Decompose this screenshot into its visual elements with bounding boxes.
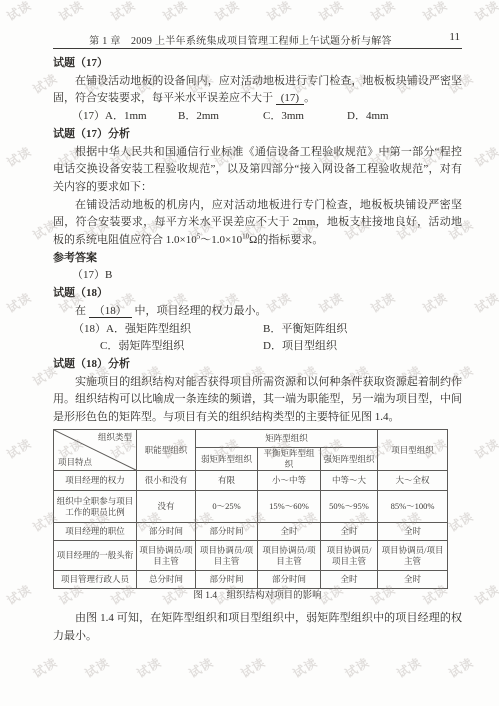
scanned-document-page: 试读试读试读试读试读试读试读试读试读试读试读试读试读试读试读试读试读试读试读试读… (0, 0, 499, 706)
watermark: 试读 (341, 653, 372, 681)
watermark: 试读 (3, 434, 34, 462)
table-cell: 15%～60% (258, 491, 321, 523)
table-cell: 很小和没有 (137, 471, 196, 491)
watermark: 试读 (445, 653, 476, 681)
q17-option-b: B．2mm (178, 108, 219, 126)
table-cell: 全时 (321, 571, 378, 589)
table-row: 项目管理行政人员 总分时间 部分时间 部分时间 全时 全时 (54, 571, 448, 589)
table-row: 项目经理的权力 很小和没有 有限 小～中等 中等～大 大～全权 (54, 471, 448, 491)
table-cell: 部分时间 (258, 571, 321, 589)
option-key: D． (347, 110, 366, 122)
watermark: 试读 (263, 0, 294, 25)
col-header-functional: 职能型组织 (137, 430, 196, 471)
q17-analysis-p2-tail: Ω的指标要求。 (249, 234, 323, 246)
q17-options: （17）A．1mm B．2mm C．3mm D．4mm (53, 108, 462, 126)
page-number: 11 (449, 31, 460, 43)
q17-stem: 在铺设活动地板的设备间内，应对活动地板进行专门检查，地板板块铺设严密坚固，符合安… (53, 73, 462, 108)
table-cell: 部分时间 (137, 523, 196, 541)
watermark: 试读 (107, 0, 138, 25)
option-key: D． (263, 340, 282, 352)
q17-heading: 试题（17） (53, 55, 462, 73)
table-corner-cell: 组织类型 项目特点 (54, 430, 137, 471)
watermark: 试读 (315, 0, 346, 25)
option-text: 1mm (124, 110, 147, 122)
q17-option-a: （17）A．1mm (72, 108, 147, 126)
q17-blank: (17) (276, 92, 304, 105)
table-cell: 项目协调员/项目主管 (137, 541, 196, 571)
q18-heading: 试题（18） (53, 285, 462, 303)
table-cell: 部分时间 (196, 571, 258, 589)
q17-answer-line: （17）B (53, 267, 462, 285)
table-row: 组织中全职参与项目工作的职员比例 没有 0～25% 15%～60% 50%～95… (54, 491, 448, 523)
option-key: B． (263, 323, 281, 335)
header-title: 第 1 章 2009 上半年系统集成项目管理工程师上午试题分析与解答 (53, 32, 428, 47)
table-cell: 部分时间 (196, 523, 258, 541)
figure-1-4: 组织类型 项目特点 职能型组织 矩阵型组织 项目型组织 弱矩阵型组织 平衡矩阵型… (53, 429, 448, 589)
row-label: 项目经理的权力 (54, 471, 137, 491)
option-text: 项目型组织 (282, 340, 337, 352)
figure-caption: 图 1.4 组织结构对项目的影响 (53, 587, 462, 601)
chapter-title: 2009 上半年系统集成项目管理工程师上午试题分析与解答 (131, 36, 392, 47)
watermark: 试读 (471, 288, 499, 316)
watermark: 试读 (367, 0, 398, 25)
answer-heading: 参考答案 (53, 250, 462, 268)
q17-options-label: （17） (72, 110, 105, 122)
table-cell: 项目协调员/项目主管 (258, 541, 321, 571)
table-cell: 全时 (378, 571, 448, 589)
q17-stem-end: 。 (304, 92, 315, 104)
watermark: 试读 (419, 0, 450, 25)
table-cell: 大～全权 (378, 471, 448, 491)
page-header: 第 1 章 2009 上半年系统集成项目管理工程师上午试题分析与解答 11 (53, 31, 462, 49)
watermark: 试读 (471, 142, 499, 170)
watermark: 试读 (29, 653, 60, 681)
watermark: 试读 (237, 653, 268, 681)
page-body: 试题（17） 在铺设活动地板的设备间内，应对活动地板进行专门检查，地板板块铺设严… (53, 55, 462, 427)
q18-conclusion-text: 由图 1.4 可知，在矩阵型组织和项目型组织中，弱矩阵型组织中的项目经理的权力最… (53, 610, 462, 645)
corner-org-type-label: 组织类型 (98, 432, 132, 443)
table-cell: 全时 (378, 523, 448, 541)
col-header-balanced-matrix: 平衡矩阵型组织 (258, 448, 321, 471)
watermark: 试读 (471, 0, 499, 25)
q17-analysis-p1: 根据中华人民共和国通信行业标准《通信设备工程验收规范》中第一部分“程控电话交换设… (53, 144, 462, 197)
watermark: 试读 (289, 653, 320, 681)
watermark: 试读 (159, 0, 190, 25)
q18-conclusion: 由图 1.4 可知，在矩阵型组织和项目型组织中，弱矩阵型组织中的项目经理的权力最… (53, 610, 462, 645)
q17-option-d: D．4mm (347, 108, 389, 126)
table-cell: 全时 (321, 523, 378, 541)
option-text: 平衡矩阵组织 (281, 323, 347, 335)
watermark: 试读 (185, 653, 216, 681)
row-label: 项目管理行政人员 (54, 571, 137, 589)
row-label: 项目经理的一般头衔 (54, 541, 137, 571)
row-label: 项目经理的职位 (54, 523, 137, 541)
q18-stem-end: 中，项目经理的权力最小。 (135, 305, 267, 317)
table-cell: 85%～100% (378, 491, 448, 523)
table-cell: 0～25% (196, 491, 258, 523)
q18-options-row2: C．弱矩阵型组织 D．项目型组织 (53, 338, 462, 356)
q17-analysis-p2: 在铺设活动地板的机房内，应对活动地板进行专门检查，地板板块铺设严密坚固，符合安装… (53, 197, 462, 250)
q18-option-c: C．弱矩阵型组织 (100, 338, 184, 356)
q18-options-row1: （18）A．强矩阵型组织 B．平衡矩阵组织 (53, 321, 462, 339)
col-header-matrix-group: 矩阵型组织 (196, 430, 378, 448)
q17-answer: （17）B (72, 267, 112, 285)
table-cell: 50%～95% (321, 491, 378, 523)
table-cell: 全时 (258, 523, 321, 541)
table-cell: 总分时间 (137, 571, 196, 589)
option-key: C． (263, 110, 281, 122)
watermark: 试读 (55, 0, 86, 25)
table-cell: 有限 (196, 471, 258, 491)
q17-stem-text: 在铺设活动地板的设备间内，应对活动地板进行专门检查，地板板块铺设严密坚固，符合安… (53, 75, 462, 105)
q18-analysis-p1: 实施项目的组织结构对能否获得项目所需资源和以何种条件获取资源起着制约作用。组织结… (53, 374, 462, 427)
option-text: 弱矩阵型组织 (118, 340, 184, 352)
col-header-project: 项目型组织 (378, 430, 448, 471)
watermark: 试读 (471, 434, 499, 462)
chapter-label: 第 1 章 (89, 36, 121, 47)
q18-blank: （18） (89, 305, 132, 318)
option-key: C． (100, 340, 118, 352)
table-cell: 项目协调员/项目主管 (196, 541, 258, 571)
q18-option-d: D．项目型组织 (263, 338, 337, 356)
org-structure-table: 组织类型 项目特点 职能型组织 矩阵型组织 项目型组织 弱矩阵型组织 平衡矩阵型… (53, 429, 448, 589)
watermark: 试读 (211, 0, 242, 25)
watermark: 试读 (3, 142, 34, 170)
q18-option-a: （18）A．强矩阵型组织 (73, 321, 191, 339)
q18-options-label: （18） (73, 323, 106, 335)
option-key: A． (106, 323, 125, 335)
table-row: 项目经理的一般头衔 项目协调员/项目主管 项目协调员/项目主管 项目协调员/项目… (54, 541, 448, 571)
table-cell: 中等～大 (321, 471, 378, 491)
q18-option-b: B．平衡矩阵组织 (263, 321, 347, 339)
q17-option-c: C．3mm (263, 108, 304, 126)
watermark: 试读 (133, 653, 164, 681)
option-text: 3mm (281, 110, 304, 122)
table-cell: 项目协调员/项目主管 (321, 541, 378, 571)
table-row: 项目经理的职位 部分时间 部分时间 全时 全时 全时 (54, 523, 448, 541)
watermark: 试读 (393, 653, 424, 681)
col-header-strong-matrix: 强矩阵型组织 (321, 448, 378, 471)
q17-analysis-heading: 试题（17）分析 (53, 126, 462, 144)
col-header-weak-matrix: 弱矩阵型组织 (196, 448, 258, 471)
row-label: 组织中全职参与项目工作的职员比例 (54, 491, 137, 523)
table-cell: 小～中等 (258, 471, 321, 491)
watermark: 试读 (3, 580, 34, 608)
option-key: A． (105, 110, 124, 122)
q18-stem: 在 （18） 中，项目经理的权力最小。 (53, 303, 462, 321)
watermark: 试读 (81, 653, 112, 681)
option-text: 强矩阵型组织 (125, 323, 191, 335)
q18-stem-text: 在 (75, 305, 86, 317)
option-text: 2mm (196, 110, 219, 122)
q18-analysis-heading: 试题（18）分析 (53, 356, 462, 374)
table-cell: 没有 (137, 491, 196, 523)
watermark: 试读 (445, 507, 476, 535)
q17-analysis-p2-mid: ～1.0×10 (200, 234, 242, 246)
option-key: B． (178, 110, 196, 122)
watermark: 试读 (471, 580, 499, 608)
watermark: 试读 (3, 0, 34, 25)
table-cell: 项目协调员/项目主管 (378, 541, 448, 571)
option-text: 4mm (366, 110, 389, 122)
watermark: 试读 (3, 288, 34, 316)
corner-feature-label: 项目特点 (58, 457, 92, 468)
